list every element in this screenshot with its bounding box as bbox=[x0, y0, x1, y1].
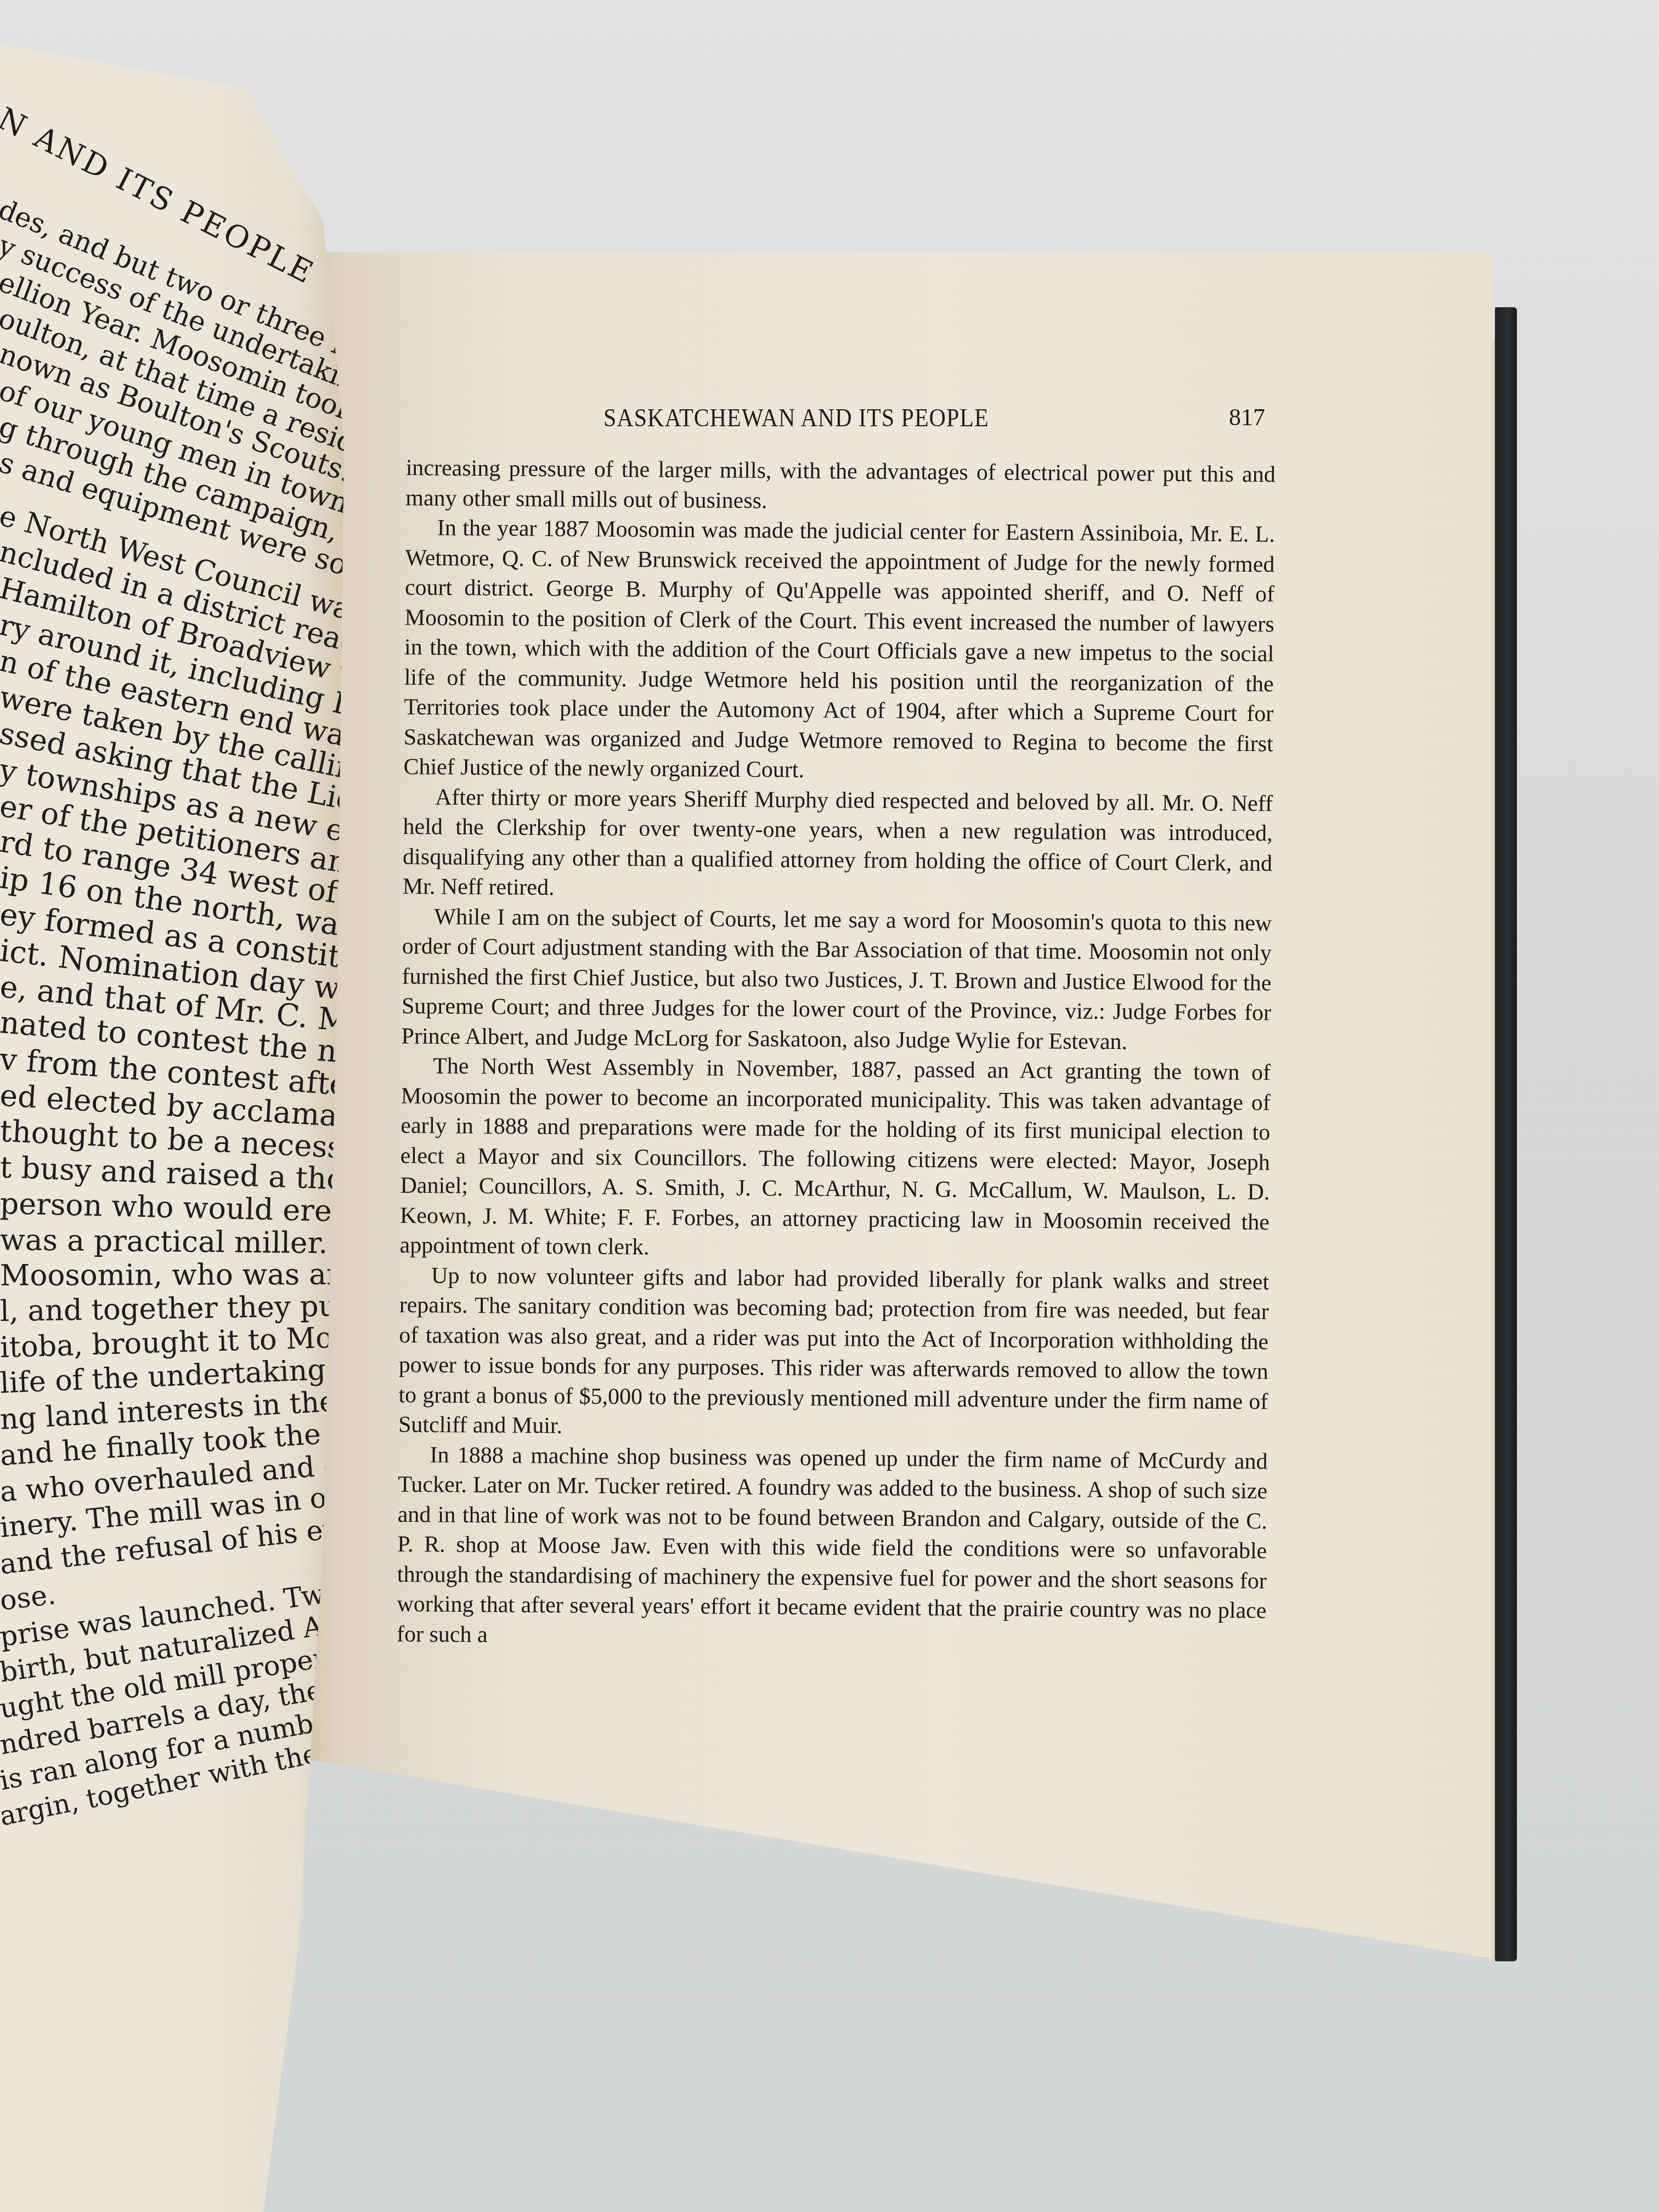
right-page-body: increasing pressure of the larger mills,… bbox=[397, 453, 1276, 1656]
paragraph: After thirty or more years Sheriff Murph… bbox=[403, 782, 1273, 908]
left-page: N AND ITS PEOPLE des, and but two or thr… bbox=[0, 0, 351, 2212]
paragraph: While I am on the subject of Courts, let… bbox=[401, 901, 1272, 1058]
left-page-line: ose. bbox=[0, 1578, 58, 1617]
paragraph: In the year 1887 Moosomin was made the j… bbox=[403, 513, 1275, 789]
book-cover-edge bbox=[1495, 307, 1517, 1961]
paragraph: increasing pressure of the larger mills,… bbox=[405, 453, 1276, 520]
paragraph: The North West Assembly in November, 188… bbox=[399, 1051, 1271, 1267]
running-title: SASKATCHEWAN AND ITS PEOPLE bbox=[603, 403, 989, 433]
paragraph: Up to now volunteer gifts and labor had … bbox=[398, 1260, 1269, 1446]
page-number: 817 bbox=[1229, 403, 1265, 431]
paragraph: In 1888 a machine shop business was open… bbox=[397, 1440, 1268, 1656]
